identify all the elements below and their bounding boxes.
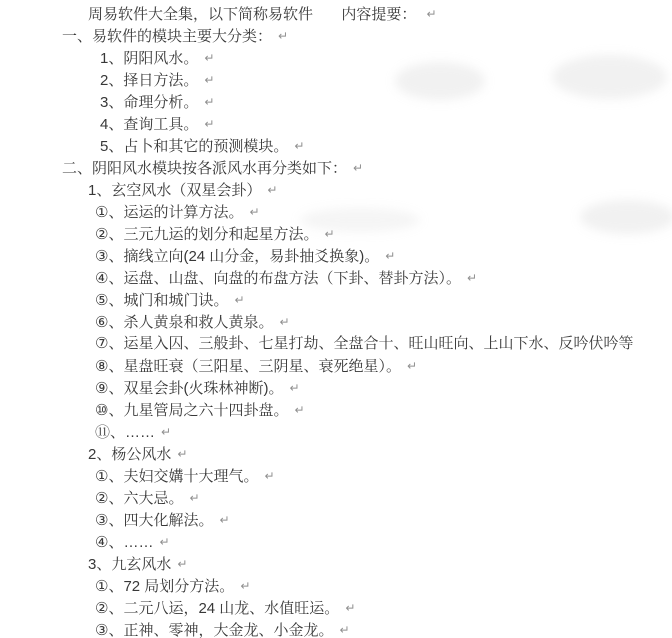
line-text: ⑨、双星会卦(火珠林神断)。 bbox=[95, 380, 283, 397]
document-line: 一、易软件的模块主要大分类：↵ bbox=[0, 25, 672, 47]
line-text: ②、二元八运，24 山龙、水值旺运。 bbox=[95, 600, 339, 617]
document-line: 1、阴阳风水。↵ bbox=[0, 47, 672, 69]
paragraph-mark-icon: ↵ bbox=[161, 425, 171, 439]
paragraph-mark-icon: ↵ bbox=[204, 95, 214, 109]
paragraph-mark-icon: ↵ bbox=[177, 557, 187, 571]
line-text: 二、阴阳风水模块按各派风水再分类如下： bbox=[62, 160, 347, 177]
line-text: ⑤、城门和城门诀。 bbox=[95, 292, 228, 309]
document-line: ⑥、杀人黄泉和救人黄泉。↵ bbox=[0, 311, 672, 333]
document-title: 周易软件大全集，以下简称易软件 bbox=[88, 6, 313, 23]
document-line: 二、阴阳风水模块按各派风水再分类如下：↵ bbox=[0, 157, 672, 179]
paragraph-mark-icon: ↵ bbox=[467, 271, 477, 285]
paragraph-mark-icon: ↵ bbox=[294, 139, 304, 153]
document-line: 2、杨公风水↵ bbox=[0, 443, 672, 465]
document-line: ①、72 局划分方法。↵ bbox=[0, 575, 672, 597]
document-line: ④、……↵ bbox=[0, 531, 672, 553]
line-text: ②、三元九运的划分和起星方法。 bbox=[95, 226, 318, 243]
document-line: 2、择日方法。↵ bbox=[0, 69, 672, 91]
paragraph-mark-icon: ↵ bbox=[204, 73, 214, 87]
paragraph-mark-icon: ↵ bbox=[219, 513, 229, 527]
line-text: 4、查询工具。 bbox=[100, 116, 198, 133]
line-text: ③、摘线立向(24 山分金，易卦抽爻换象)。 bbox=[95, 248, 379, 265]
document-line: ⑤、城门和城门诀。↵ bbox=[0, 289, 672, 311]
paragraph-mark-icon: ↵ bbox=[189, 491, 199, 505]
paragraph-mark-icon: ↵ bbox=[264, 469, 274, 483]
line-text: 3、九玄风水 bbox=[88, 556, 171, 573]
paragraph-mark-icon: ↵ bbox=[289, 381, 299, 395]
document-line: ③、正神、零神，大金龙、小金龙。↵ bbox=[0, 619, 672, 638]
paragraph-mark-icon: ↵ bbox=[267, 183, 277, 197]
line-text: 3、命理分析。 bbox=[100, 94, 198, 111]
document-line: ②、二元八运，24 山龙、水值旺运。↵ bbox=[0, 597, 672, 619]
line-text: 1、阴阳风水。 bbox=[100, 50, 198, 67]
document-line: 4、查询工具。↵ bbox=[0, 113, 672, 135]
paragraph-mark-icon: ↵ bbox=[339, 623, 349, 637]
paragraph-mark-icon: ↵ bbox=[345, 601, 355, 615]
line-text: ④、运盘、山盘、向盘的布盘方法（下卦、替卦方法）。 bbox=[95, 270, 461, 287]
paragraph-mark-icon: ↵ bbox=[407, 359, 417, 373]
line-text: 2、择日方法。 bbox=[100, 72, 198, 89]
document-line: ⑩、九星管局之六十四卦盘。↵ bbox=[0, 399, 672, 421]
document-header-line: 周易软件大全集，以下简称易软件 内容提要： ↵ bbox=[0, 3, 672, 25]
line-text: ③、四大化解法。 bbox=[95, 512, 213, 529]
summary-label: 内容提要： bbox=[341, 6, 416, 23]
paragraph-mark-icon: ↵ bbox=[249, 205, 259, 219]
paragraph-mark-icon: ↵ bbox=[294, 403, 304, 417]
document-line: ⑦、运星入囚、三般卦、七星打劫、全盘合十、旺山旺向、上山下水、反吟伏吟等 bbox=[0, 333, 672, 355]
paragraph-mark-icon: ↵ bbox=[353, 161, 363, 175]
paragraph-mark-icon: ↵ bbox=[159, 535, 169, 549]
document-page: 周易软件大全集，以下简称易软件 内容提要： ↵ 一、易软件的模块主要大分类：↵1… bbox=[0, 0, 672, 638]
line-text: ⑪、…… bbox=[95, 424, 155, 441]
document-line: ④、运盘、山盘、向盘的布盘方法（下卦、替卦方法）。↵ bbox=[0, 267, 672, 289]
line-text: 一、易软件的模块主要大分类： bbox=[62, 28, 272, 45]
document-line: ⑨、双星会卦(火珠林神断)。↵ bbox=[0, 377, 672, 399]
document-line: 1、玄空风水（双星会卦）↵ bbox=[0, 179, 672, 201]
paragraph-mark-icon: ↵ bbox=[278, 29, 288, 43]
paragraph-mark-icon: ↵ bbox=[427, 7, 437, 21]
document-line: ②、六大忌。↵ bbox=[0, 487, 672, 509]
document-line: ⑪、……↵ bbox=[0, 421, 672, 443]
paragraph-mark-icon: ↵ bbox=[385, 249, 395, 263]
paragraph-mark-icon: ↵ bbox=[177, 447, 187, 461]
document-line: ①、运运的计算方法。↵ bbox=[0, 201, 672, 223]
line-text: ②、六大忌。 bbox=[95, 490, 183, 507]
document-line: 5、占卜和其它的预测模块。↵ bbox=[0, 135, 672, 157]
line-text: ⑦、运星入囚、三般卦、七星打劫、全盘合十、旺山旺向、上山下水、反吟伏吟等 bbox=[95, 335, 633, 352]
document-body: 一、易软件的模块主要大分类：↵1、阴阳风水。↵2、择日方法。↵3、命理分析。↵4… bbox=[0, 25, 672, 638]
line-text: ⑧、星盘旺衰（三阳星、三阴星、衰死绝星）。 bbox=[95, 358, 401, 375]
document-line: ③、摘线立向(24 山分金，易卦抽爻换象)。↵ bbox=[0, 245, 672, 267]
line-text: ①、72 局划分方法。 bbox=[95, 578, 234, 595]
document-line: ③、四大化解法。↵ bbox=[0, 509, 672, 531]
document-line: 3、命理分析。↵ bbox=[0, 91, 672, 113]
paragraph-mark-icon: ↵ bbox=[324, 227, 334, 241]
paragraph-mark-icon: ↵ bbox=[204, 117, 214, 131]
line-text: 1、玄空风水（双星会卦） bbox=[88, 182, 261, 199]
line-text: ①、夫妇交媾十大理气。 bbox=[95, 468, 258, 485]
document-line: ①、夫妇交媾十大理气。↵ bbox=[0, 465, 672, 487]
document-line: 3、九玄风水↵ bbox=[0, 553, 672, 575]
document-line: ⑧、星盘旺衰（三阳星、三阴星、衰死绝星）。↵ bbox=[0, 355, 672, 377]
line-text: ①、运运的计算方法。 bbox=[95, 204, 243, 221]
line-text: ④、…… bbox=[95, 534, 153, 551]
paragraph-mark-icon: ↵ bbox=[240, 579, 250, 593]
line-text: ⑩、九星管局之六十四卦盘。 bbox=[95, 402, 288, 419]
document-line: ②、三元九运的划分和起星方法。↵ bbox=[0, 223, 672, 245]
line-text: 5、占卜和其它的预测模块。 bbox=[100, 138, 288, 155]
line-text: 2、杨公风水 bbox=[88, 446, 171, 463]
paragraph-mark-icon: ↵ bbox=[204, 51, 214, 65]
paragraph-mark-icon: ↵ bbox=[279, 315, 289, 329]
line-text: ⑥、杀人黄泉和救人黄泉。 bbox=[95, 314, 273, 331]
paragraph-mark-icon: ↵ bbox=[234, 293, 244, 307]
line-text: ③、正神、零神，大金龙、小金龙。 bbox=[95, 622, 333, 638]
